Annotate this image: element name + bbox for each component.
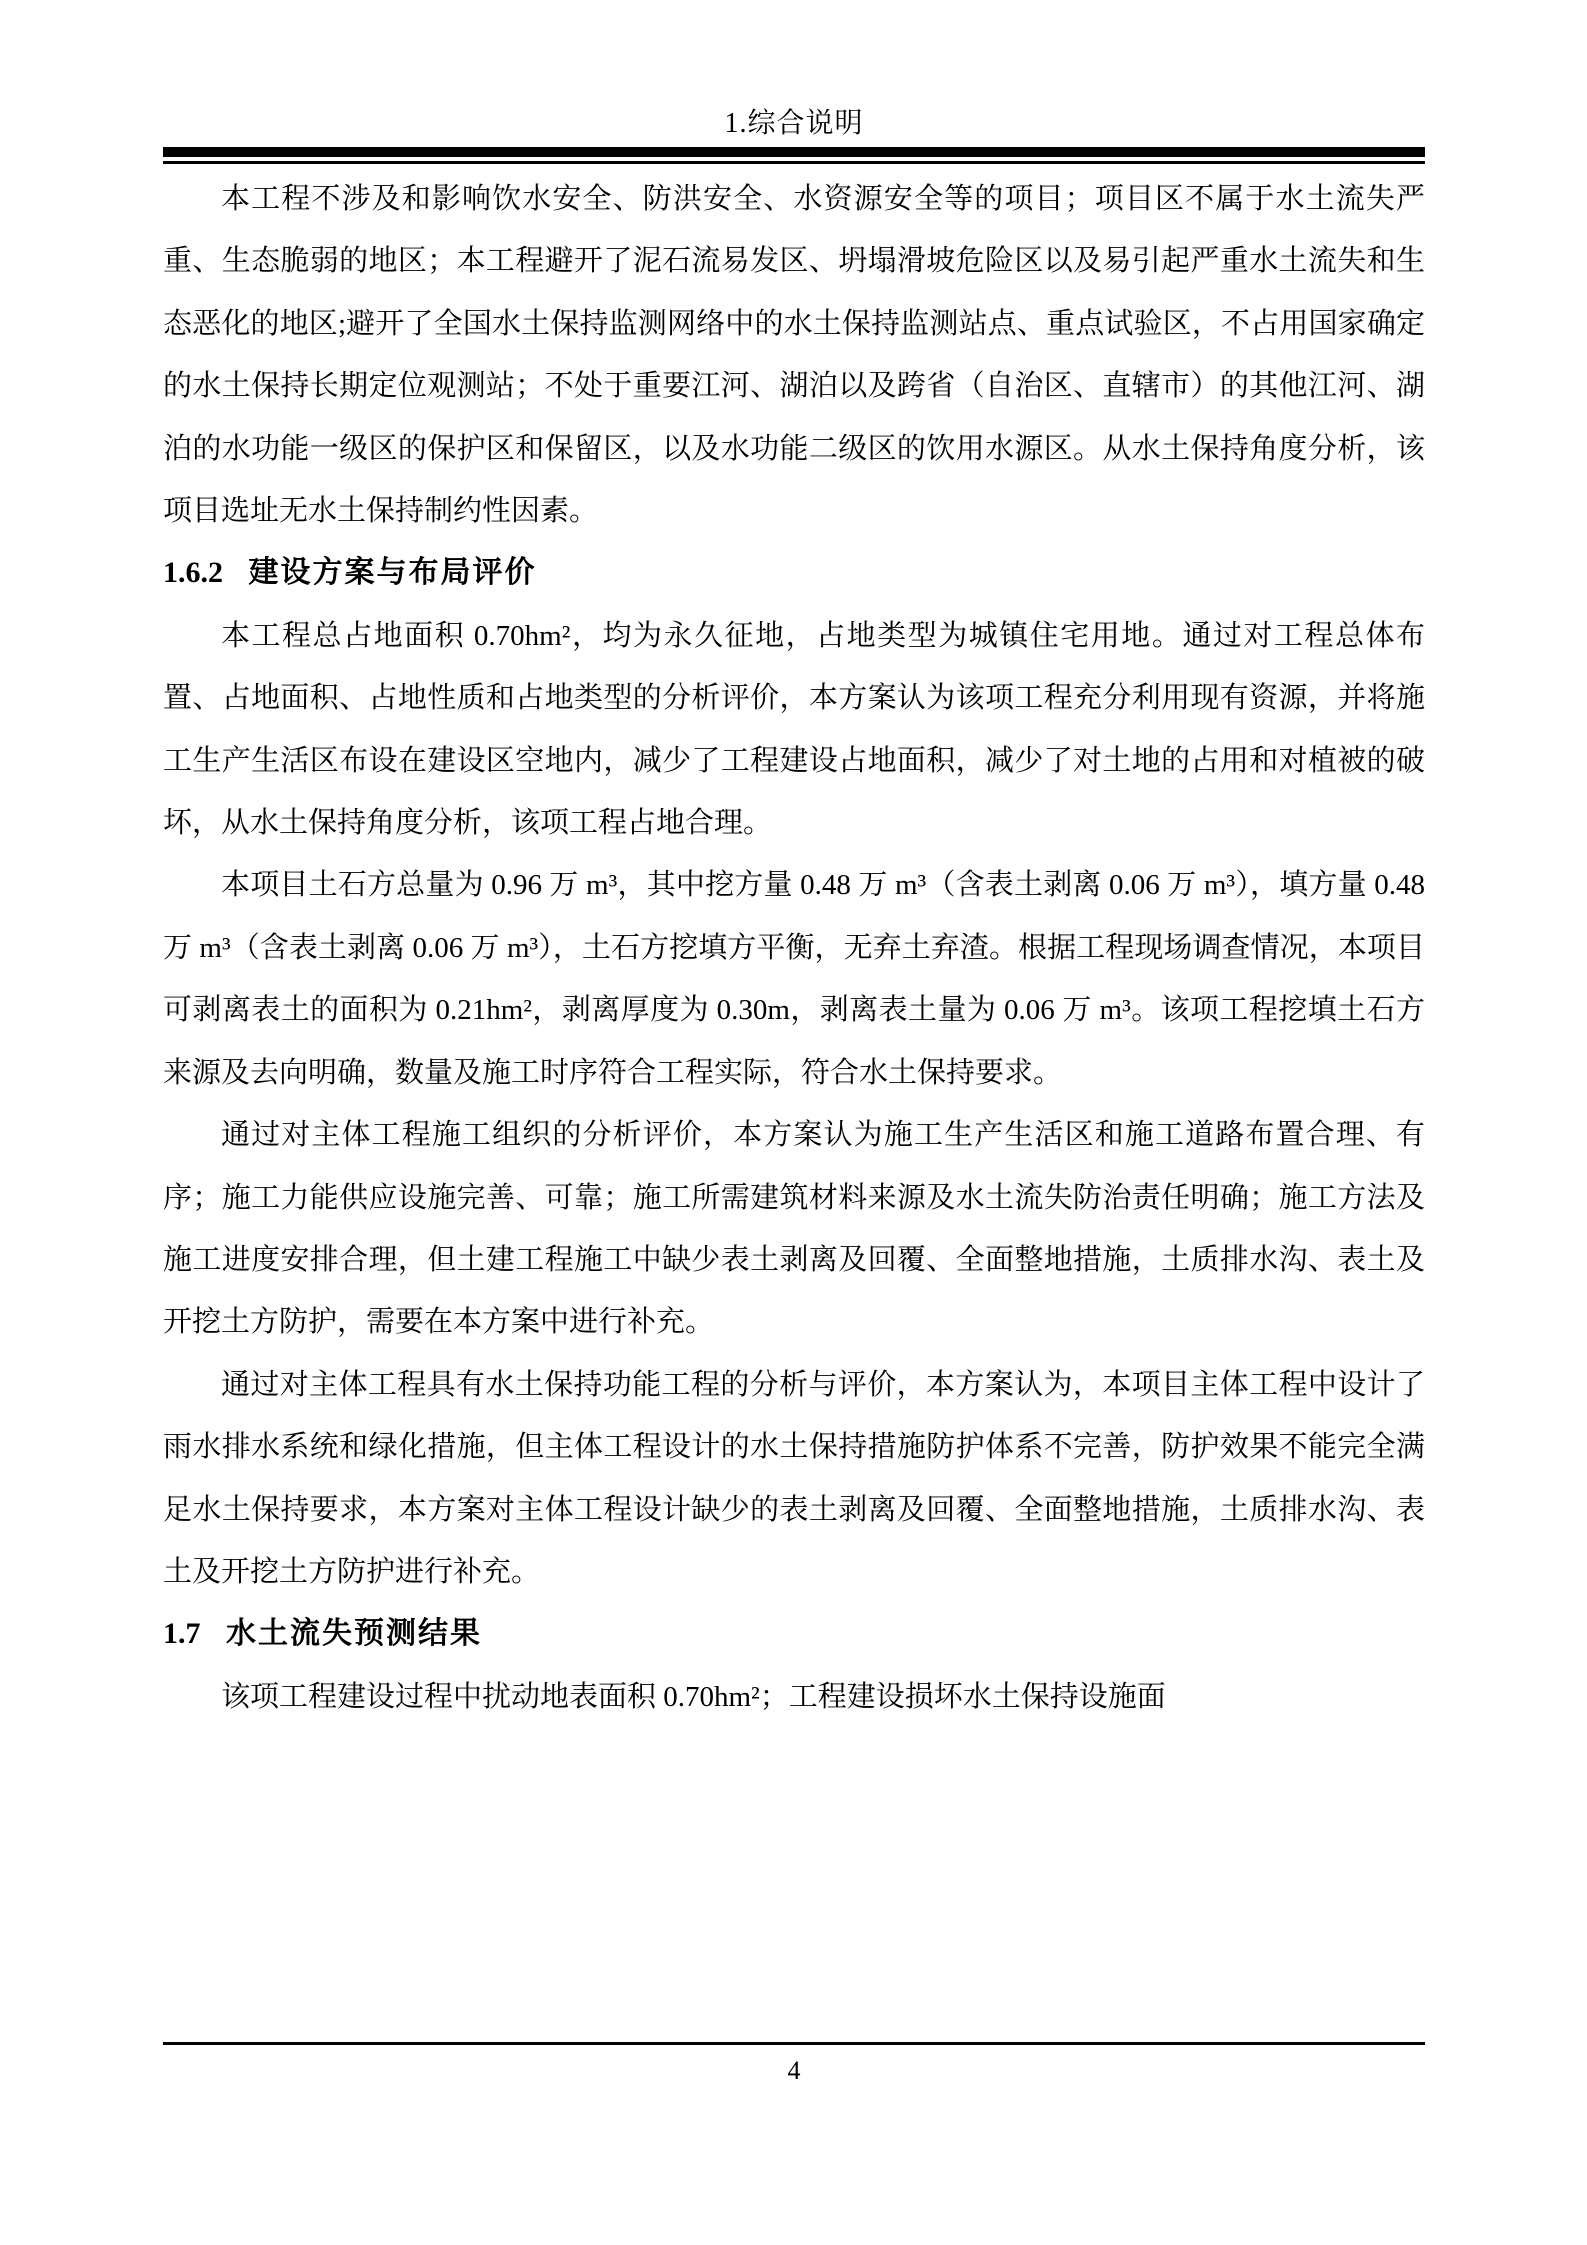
paragraph: 本项目土石方总量为 0.96 万 m³，其中挖方量 0.48 万 m³（含表土剥…: [163, 854, 1425, 1104]
paragraph: 通过对主体工程施工组织的分析评价，本方案认为施工生产生活区和施工道路布置合理、有…: [163, 1104, 1425, 1354]
section-heading-1-7: 1.7水土流失预测结果: [163, 1603, 1425, 1665]
page-header-title: 1.综合说明: [163, 103, 1425, 145]
document-body: 本工程不涉及和影响饮水安全、防洪安全、水资源安全等的项目；项目区不属于水土流失严…: [163, 168, 1425, 1728]
paragraph: 该项工程建设过程中扰动地表面积 0.70hm²；工程建设损坏水土保持设施面: [163, 1666, 1425, 1728]
section-number: 1.6.2: [163, 556, 223, 589]
document-page: 1.综合说明 本工程不涉及和影响饮水安全、防洪安全、水资源安全等的项目；项目区不…: [0, 0, 1587, 2245]
section-heading-1-6-2: 1.6.2建设方案与布局评价: [163, 542, 1425, 604]
section-title: 建设方案与布局评价: [249, 556, 537, 589]
header-rule: [163, 147, 1425, 164]
footer-rule: [163, 2042, 1425, 2045]
paragraph: 通过对主体工程具有水土保持功能工程的分析与评价，本方案认为，本项目主体工程中设计…: [163, 1354, 1425, 1604]
page-number: 4: [163, 2051, 1425, 2091]
section-title: 水土流失预测结果: [226, 1617, 482, 1650]
section-number: 1.7: [163, 1617, 201, 1650]
paragraph: 本工程总占地面积 0.70hm²，均为永久征地，占地类型为城镇住宅用地。通过对工…: [163, 605, 1425, 855]
paragraph: 本工程不涉及和影响饮水安全、防洪安全、水资源安全等的项目；项目区不属于水土流失严…: [163, 168, 1425, 542]
